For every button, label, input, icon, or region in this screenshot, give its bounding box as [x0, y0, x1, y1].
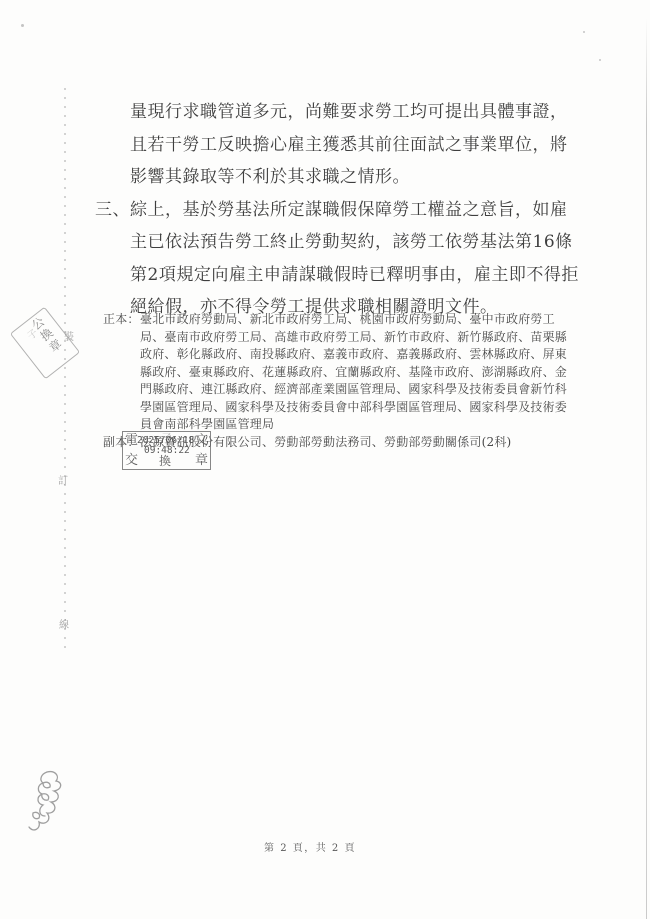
electronic-exchange-stamp: 電 子 文 交 換 章 2025/06/18 09:48:22 [122, 431, 211, 470]
stamp-char-jiao: 交 [125, 454, 138, 467]
stamp-char-wen: 文 [195, 434, 208, 447]
body-line: 量現行求職管道多元，尚難要求勞工均可提出具體事證， [130, 96, 570, 129]
original-line: 臺北市政府勞動局、新北市政府勞工局、桃園市政府勞動局、臺中市政府勞工 [140, 311, 590, 329]
original-label: 正本： [103, 311, 140, 434]
body-line: 且若干勞工反映擔心雇主獲悉其前往面試之事業單位，將 [130, 129, 570, 162]
body-line: 第2項規定向雇主申請謀職假時已釋明事由，雇主即不得拒 [130, 259, 570, 292]
item3-marker: 三、 [95, 194, 130, 227]
document-body: 量現行求職管道多元，尚難要求勞工均可提出具體事證， 且若干勞工反映擔心雇主獲悉其… [95, 96, 570, 324]
binding-char-ding: 訂 [58, 472, 68, 487]
body-item3-first-line: 三、 綜上，基於勞基法所定謀職假保障勞工權益之意旨，如雇 [95, 194, 570, 227]
original-line: 政府、彰化縣政府、南投縣政府、嘉義市政府、嘉義縣政府、雲林縣政府、屏東 [140, 346, 590, 364]
original-line: 局、臺南市政府勞工局、高雄市政府勞工局、新竹市政府、新竹縣政府、苗栗縣 [140, 329, 590, 347]
page-number-footer: 第 2 頁，共 2 頁 [230, 839, 390, 854]
scan-speck [21, 24, 24, 27]
body-line: 影響其錄取等不利於其求職之情形。 [130, 161, 570, 194]
item3-first-text: 綜上，基於勞基法所定謀職假保障勞工權益之意旨，如雇 [130, 194, 568, 227]
binding-char-xian: 線 [59, 616, 69, 631]
recipients-block: 正本： 臺北市政府勞動局、新北市政府勞工局、桃園市政府勞動局、臺中市政府勞工 局… [103, 311, 590, 451]
original-line: 門縣政府、連江縣政府、經濟部產業園區管理局、國家科學及技術委員會新竹科 [140, 381, 590, 399]
scan-speck [583, 31, 585, 33]
original-line: 學園區管理局、國家科學及技術委員會中部科學園區管理局、國家科學及技術委 [140, 399, 590, 417]
stamp-char-zhang: 章 [195, 454, 208, 467]
scanned-document-page: 裝 訂 線 公換章 子 量現行求職管道多元，尚難要求勞工均可提出具體事證， 且若… [0, 0, 650, 919]
scan-edge-line [646, 18, 647, 919]
original-lines: 臺北市政府勞動局、新北市政府勞工局、桃園市政府勞動局、臺中市政府勞工 局、臺南市… [140, 311, 590, 434]
tilted-exchange-seal: 公換章 子 [10, 307, 80, 380]
body-line: 主已依法預告勞工終止勞動契約，該勞工依勞基法第16條 [130, 226, 570, 259]
scan-speck [599, 59, 601, 61]
ink-blob-mark [25, 769, 67, 835]
stamp-time: 09:48:22 [144, 445, 190, 456]
binding-dotted-line [64, 88, 66, 655]
original-recipients-row: 正本： 臺北市政府勞動局、新北市政府勞工局、桃園市政府勞動局、臺中市政府勞工 局… [103, 311, 590, 434]
original-line: 縣政府、臺東縣政府、花蓮縣政府、宜蘭縣政府、基隆市政府、澎湖縣政府、金 [140, 364, 590, 382]
stamp-char-huan: 換 [159, 455, 171, 468]
